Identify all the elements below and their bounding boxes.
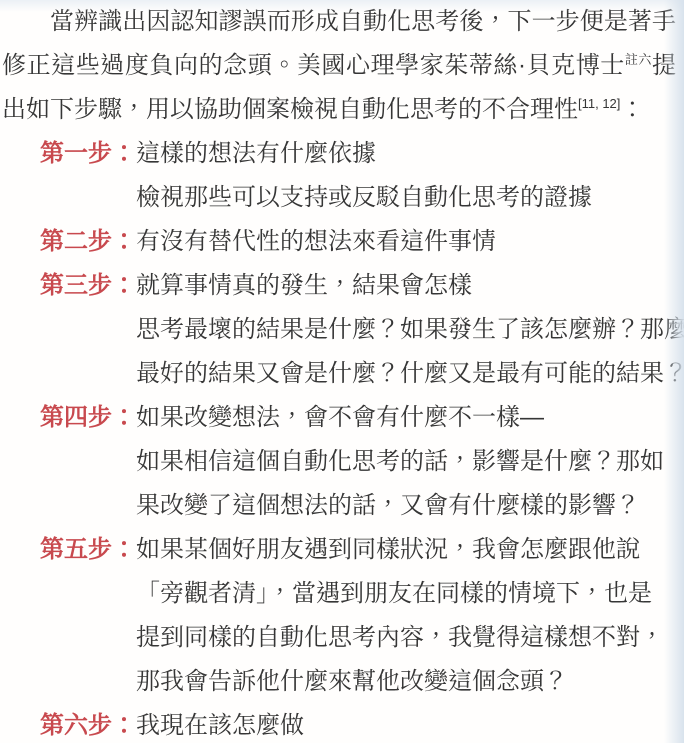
citation-marker: [11, 12]: [578, 96, 620, 111]
steps-list: 第一步：這樣的想法有什麼依據 檢視那些可以支持或反駁自動化思考的證據 第二步：有…: [0, 132, 684, 743]
step-line: 第四步：如果改變想法，會不會有什麼不一樣—: [0, 396, 684, 440]
step-label: 第一步：: [40, 141, 136, 167]
step-line: 第一步：這樣的想法有什麼依據: [0, 132, 684, 176]
step-text-continuation: 提到同樣的自動化思考內容，我覺得這樣想不對，: [0, 616, 684, 660]
step-text: 有沒有替代性的想法來看這件事情: [136, 228, 496, 255]
book-page: 當辨識出因認知謬誤而形成自動化思考後，下一步便是著手修正這些過度負向的念頭。美國…: [0, 0, 684, 743]
step-text: 這樣的想法有什麼依據: [136, 140, 376, 167]
step-text-continuation: 「旁觀者清」，當遇到朋友在同樣的情境下，也是: [0, 572, 684, 616]
intro-text-3: ：: [620, 96, 644, 123]
step-label: 第五步：: [40, 537, 136, 563]
step-label: 第二步：: [40, 229, 136, 255]
footnote-marker: 註六: [625, 52, 652, 67]
intro-paragraph: 當辨識出因認知謬誤而形成自動化思考後，下一步便是著手修正這些過度負向的念頭。美國…: [0, 0, 684, 132]
step-label: 第四步：: [40, 405, 136, 431]
step-text: 就算事情真的發生，結果會怎樣: [136, 272, 472, 299]
step-text: 如果改變想法，會不會有什麼不一樣—: [136, 404, 544, 431]
step-label: 第三步：: [40, 273, 136, 299]
step-text: 我現在該怎麼做: [136, 712, 304, 739]
step-text-continuation: 思考最壞的結果是什麼？如果發生了該怎麼辦？那麼: [0, 308, 684, 352]
step-text-continuation: 果改變了這個想法的話，又會有什麼樣的影響？: [0, 484, 684, 528]
step-text-continuation: 檢視那些可以支持或反駁自動化思考的證據: [0, 176, 684, 220]
step-item-3: 第三步：就算事情真的發生，結果會怎樣 思考最壞的結果是什麼？如果發生了該怎麼辦？…: [0, 264, 684, 396]
step-text-continuation: 如果相信這個自動化思考的話，影響是什麼？那如: [0, 440, 684, 484]
step-line: 第五步：如果某個好朋友遇到同樣狀況，我會怎麼跟他說: [0, 528, 684, 572]
step-line: 第三步：就算事情真的發生，結果會怎樣: [0, 264, 684, 308]
step-label: 第六步：: [40, 713, 136, 739]
step-line: 第二步：有沒有替代性的想法來看這件事情: [0, 220, 684, 264]
step-item-1: 第一步：這樣的想法有什麼依據 檢視那些可以支持或反駁自動化思考的證據: [0, 132, 684, 220]
step-item-6: 第六步：我現在該怎麼做: [0, 704, 684, 743]
step-item-5: 第五步：如果某個好朋友遇到同樣狀況，我會怎麼跟他說 「旁觀者清」，當遇到朋友在同…: [0, 528, 684, 704]
step-item-2: 第二步：有沒有替代性的想法來看這件事情: [0, 220, 684, 264]
step-text: 如果某個好朋友遇到同樣狀況，我會怎麼跟他說: [136, 536, 640, 563]
step-line: 第六步：我現在該怎麼做: [0, 704, 684, 743]
intro-text-1: 當辨識出因認知謬誤而形成自動化思考後，下一步便是著手修正這些過度負向的念頭。美國…: [2, 8, 676, 79]
step-text-continuation: 最好的結果又會是什麼？什麼又是最有可能的結果？: [0, 352, 684, 396]
step-item-4: 第四步：如果改變想法，會不會有什麼不一樣— 如果相信這個自動化思考的話，影響是什…: [0, 396, 684, 528]
step-text-continuation: 那我會告訴他什麼來幫他改變這個念頭？: [0, 660, 684, 704]
